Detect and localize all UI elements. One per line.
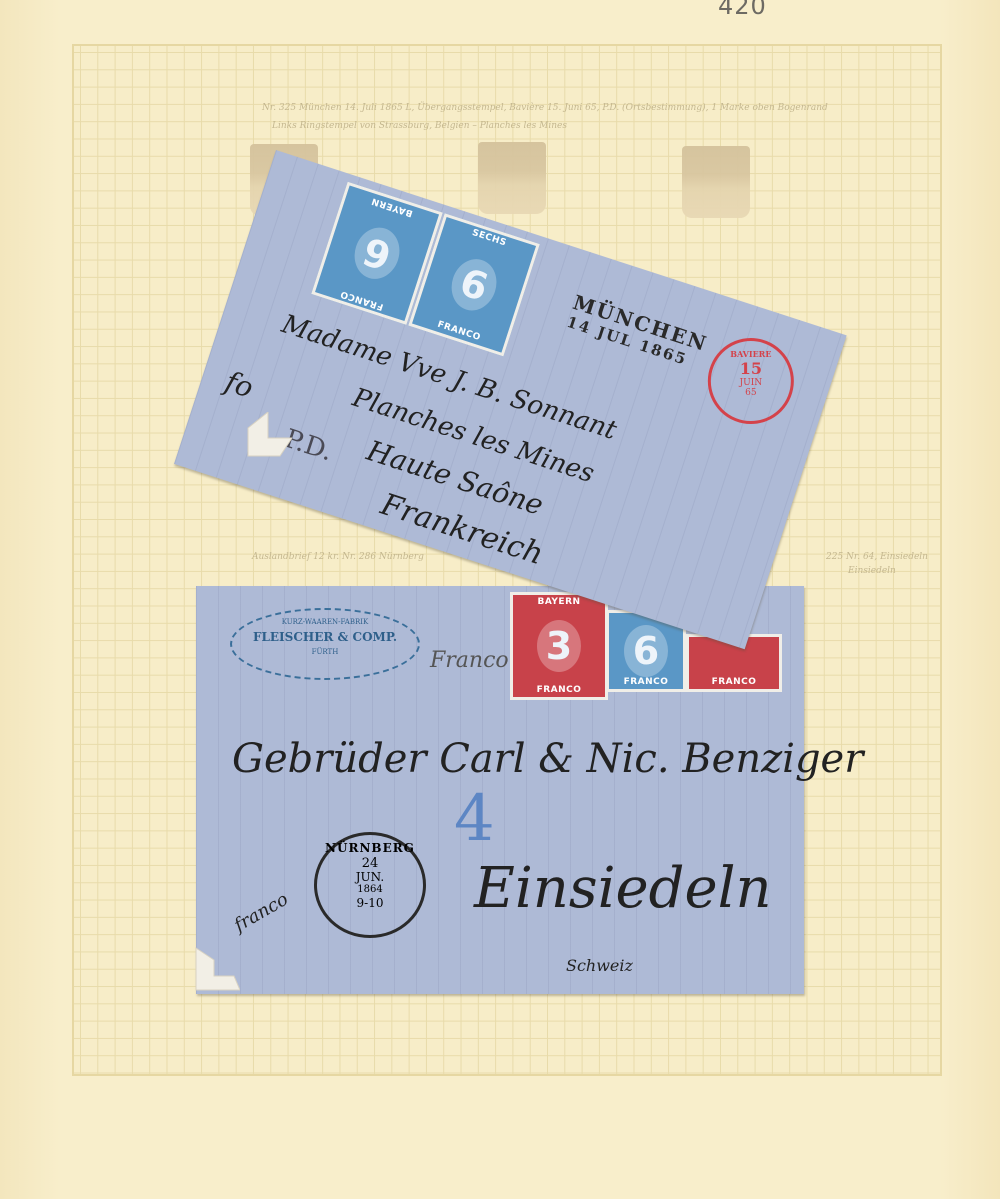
franco-note: fo <box>221 365 257 405</box>
page-number: 420 <box>718 0 767 20</box>
franco-note: franco <box>231 889 292 936</box>
postmark-nuernberg: NÜRNBERG 24 JUN. 1864 9-10 <box>314 832 426 938</box>
photo-corner-lower-cover <box>194 946 240 992</box>
sender-cachet: KURZ-WAAREN-FABRIK FLEISCHER & COMP. FÜR… <box>230 608 420 680</box>
photo-corner-upper-cover <box>246 412 292 458</box>
caption-middle-left: Auslandbrief 12 kr. Nr. 286 Nürnberg <box>252 552 424 562</box>
cachet-line-1: KURZ-WAAREN-FABRIK <box>232 618 418 626</box>
stamp-hinge-center <box>478 142 546 214</box>
postmark-baviere-red: BAVIERE 15 JUIN 65 <box>708 338 794 424</box>
caption-middle-right-2: Einsiedeln <box>848 566 896 576</box>
postmark-day: 24 <box>317 857 423 871</box>
postmark-month: JUN. <box>317 871 423 884</box>
caption-top-line-1: Nr. 325 München 14. Juli 1865 L, Übergan… <box>262 103 828 113</box>
address-franco: Franco <box>430 648 509 673</box>
postmark-year: 1864 <box>317 884 423 896</box>
cachet-line-3: FÜRTH <box>232 648 418 656</box>
postmark-year: 65 <box>711 388 791 398</box>
stamp-inscription: FRANCO <box>413 312 505 351</box>
stamp-numeral: 6 <box>624 625 668 677</box>
stamp-inscription: FRANCO <box>689 677 779 687</box>
address-recipient: Gebrüder Carl & Nic. Benziger <box>232 736 863 782</box>
stamp-numeral: 6 <box>445 253 503 316</box>
stamp-numeral: 6 <box>348 222 406 285</box>
stamp-inscription: FRANCO <box>316 281 408 320</box>
cover-nuernberg-einsiedeln[interactable]: KURZ-WAAREN-FABRIK FLEISCHER & COMP. FÜR… <box>196 586 804 994</box>
cachet-line-2: FLEISCHER & COMP. <box>232 630 418 644</box>
stamp-numeral: 3 <box>537 620 581 672</box>
blue-crayon-mark: 4 <box>454 782 495 856</box>
postmark-text: BAVIERE <box>711 349 791 359</box>
address-country: Schweiz <box>566 956 633 975</box>
stamp-inscription: FRANCO <box>513 685 605 695</box>
address-city: Einsiedeln <box>474 856 772 921</box>
postmark-city: NÜRNBERG <box>317 841 423 855</box>
stamp-inscription: FRANCO <box>609 677 683 687</box>
caption-middle-right: 225 Nr. 64, Einsiedeln <box>826 552 928 562</box>
postmark-muenchen: MÜNCHEN 14 JUL 1865 <box>565 290 711 373</box>
album-page: 420 Nr. 325 München 14. Juli 1865 L, Übe… <box>0 0 1000 1199</box>
stamp-bavaria-3kr-red-1[interactable]: BAYERN 3 FRANCO <box>510 592 608 700</box>
postmark-time: 9-10 <box>317 896 423 911</box>
caption-top-line-2: Links Ringstempel von Strassburg, Belgie… <box>272 121 567 131</box>
postmark-month: JUIN <box>711 378 791 388</box>
stamp-hinge-right <box>682 146 750 218</box>
postmark-day: 15 <box>711 359 791 378</box>
